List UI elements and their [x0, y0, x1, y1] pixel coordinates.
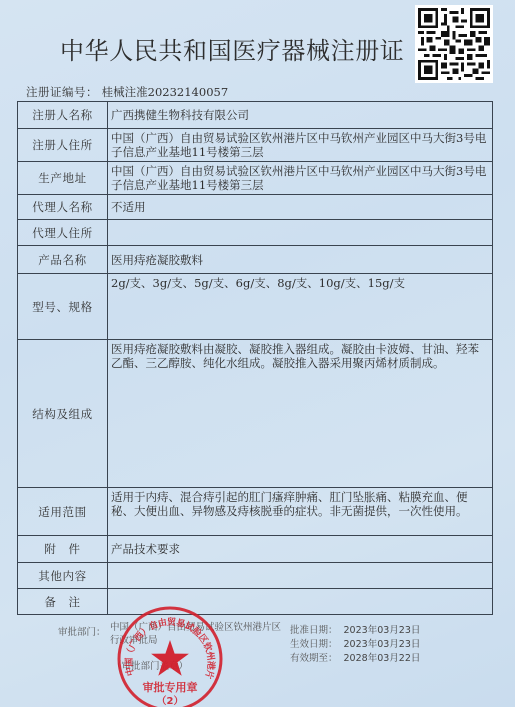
table-row: 适用范围 适用于内痔、混合痔引起的肛门瘙痒肿痛、肛门坠胀痛、粘膜充血、便秘、大便…: [18, 488, 493, 536]
registration-number-value: 桂械注准20232140057: [102, 85, 228, 99]
row-label-other: 其他内容: [18, 563, 108, 589]
qr-code-icon: [418, 8, 490, 80]
row-label-model-spec: 型号、规格: [18, 274, 108, 340]
row-label-registrant-address: 注册人住所: [18, 129, 108, 162]
table-row: 附 件 产品技术要求: [18, 536, 493, 563]
row-label-structure: 结构及组成: [18, 340, 108, 488]
row-label-registrant-name: 注册人名称: [18, 102, 108, 129]
approval-section: 审批部门： 中国（广西）自由贸易试验区钦州港片区行政审批局 （审批部门盖章） 批…: [0, 618, 515, 707]
effective-date-value: 2023年03月23日: [344, 639, 421, 650]
approval-department-value: 中国（广西）自由贸易试验区钦州港片区行政审批局: [110, 621, 285, 647]
table-row: 结构及组成 医用痔疮凝胶敷料由凝胶、凝胶推入器组成。凝胶由卡波姆、甘油、羟苯乙酯…: [18, 340, 493, 488]
row-value-registrant-address: 中国（广西）自由贸易试验区钦州港片区中马钦州产业园区中马大街3号电子信息产业基地…: [108, 129, 493, 162]
expiry-date-value: 2028年03月22日: [344, 653, 421, 664]
table-row: 其他内容: [18, 563, 493, 589]
table-row: 代理人住所: [18, 220, 493, 246]
row-value-production-address: 中国（广西）自由贸易试验区钦州港片区中马钦州产业园区中马大街3号电子信息产业基地…: [108, 162, 493, 195]
row-value-product-name: 医用痔疮凝胶敷料: [108, 246, 493, 274]
table-row: 注册人名称 广西携健生物科技有限公司: [18, 102, 493, 129]
table-row: 生产地址 中国（广西）自由贸易试验区钦州港片区中马钦州产业园区中马大街3号电子信…: [18, 162, 493, 195]
row-label-attachment: 附 件: [18, 536, 108, 563]
certificate-table: 注册人名称 广西携健生物科技有限公司 注册人住所 中国（广西）自由贸易试验区钦州…: [17, 101, 493, 615]
row-label-production-address: 生产地址: [18, 162, 108, 195]
approval-date-row: 批准日期：2023年03月23日: [290, 624, 420, 638]
approval-date-label: 批准日期：: [290, 625, 338, 636]
row-value-agent-address: [108, 220, 493, 246]
approval-department-label: 审批部门：: [58, 624, 106, 638]
certificate-title: 中华人民共和国医疗器械注册证: [60, 31, 390, 66]
row-value-model-spec: 2g/支、3g/支、5g/支、6g/支、8g/支、10g/支、15g/支: [108, 274, 493, 340]
registration-number-label: 注册证编号：: [26, 85, 98, 99]
registration-number: 注册证编号： 桂械注准20232140057: [26, 84, 228, 100]
row-value-attachment: 产品技术要求: [108, 536, 493, 563]
table-row: 代理人名称 不适用: [18, 195, 493, 220]
qr-code[interactable]: [415, 5, 493, 83]
row-value-structure: 医用痔疮凝胶敷料由凝胶、凝胶推入器组成。凝胶由卡波姆、甘油、羟苯乙酯、三乙醇胺、…: [108, 340, 493, 488]
table-row: 型号、规格 2g/支、3g/支、5g/支、6g/支、8g/支、10g/支、15g…: [18, 274, 493, 340]
row-label-agent-name: 代理人名称: [18, 195, 108, 220]
row-label-agent-address: 代理人住所: [18, 220, 108, 246]
row-value-scope: 适用于内痔、混合痔引起的肛门瘙痒肿痛、肛门坠胀痛、粘膜充血、便秘、大便出血、异物…: [108, 488, 493, 536]
table-row: 注册人住所 中国（广西）自由贸易试验区钦州港片区中马钦州产业园区中马大街3号电子…: [18, 129, 493, 162]
approval-seal-note: （审批部门盖章）: [112, 658, 188, 672]
table-row: 备 注: [18, 589, 493, 615]
effective-date-row: 生效日期：2023年03月23日: [290, 638, 420, 652]
row-value-agent-name: 不适用: [108, 195, 493, 220]
row-value-remarks: [108, 589, 493, 615]
row-label-product-name: 产品名称: [18, 246, 108, 274]
row-label-scope: 适用范围: [18, 488, 108, 536]
approval-date-value: 2023年03月23日: [344, 625, 421, 636]
row-label-remarks: 备 注: [18, 589, 108, 615]
dates-block: 批准日期：2023年03月23日 生效日期：2023年03月23日 有效期至：2…: [290, 624, 420, 666]
row-value-registrant-name: 广西携健生物科技有限公司: [108, 102, 493, 129]
table-row: 产品名称 医用痔疮凝胶敷料: [18, 246, 493, 274]
row-value-other: [108, 563, 493, 589]
effective-date-label: 生效日期：: [290, 639, 338, 650]
expiry-date-row: 有效期至：2028年03月22日: [290, 652, 420, 666]
expiry-date-label: 有效期至：: [290, 653, 338, 664]
